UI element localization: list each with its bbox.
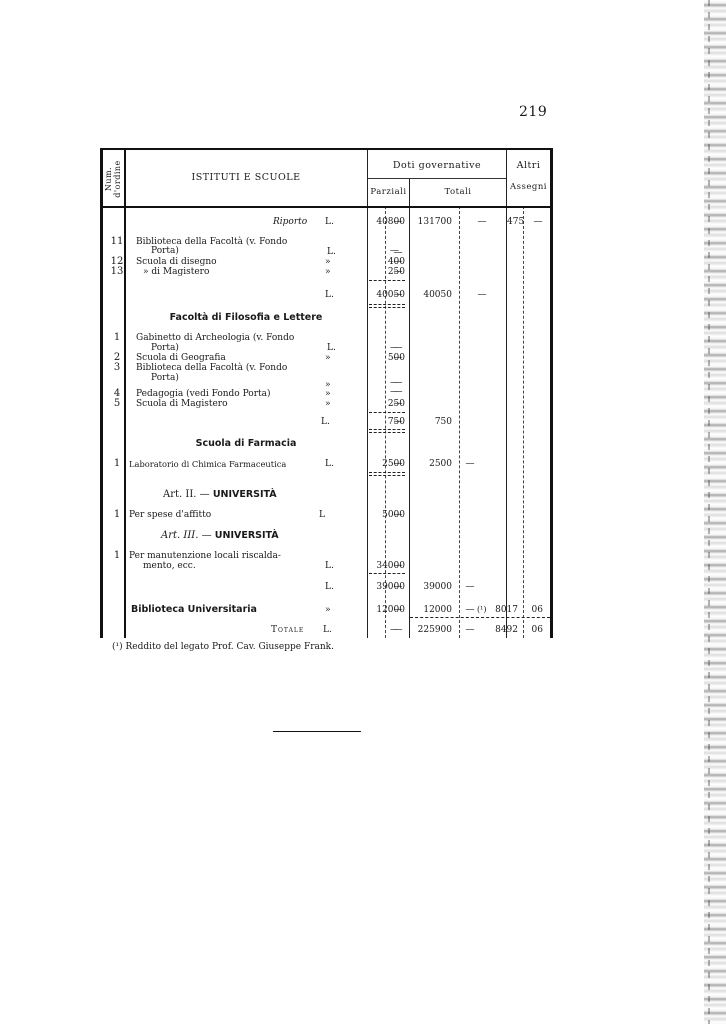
article-title: UNIVERSITÀ bbox=[213, 489, 277, 500]
totale-label: Totale bbox=[271, 625, 304, 635]
sum-rule bbox=[369, 280, 405, 281]
subtotal-unit: L. bbox=[325, 582, 334, 592]
sum-rule bbox=[410, 617, 550, 618]
page-number: 219 bbox=[519, 104, 547, 120]
article-heading: Art. III. — UNIVERSITÀ bbox=[161, 530, 279, 541]
riporto-totali-cents: — bbox=[473, 217, 491, 227]
row-label: Per spese d'affitto bbox=[129, 510, 211, 520]
section-title: Facoltà di Filosofia e Lettere bbox=[125, 312, 367, 323]
row-number: 5 bbox=[109, 398, 125, 409]
header-doti: Doti governative bbox=[368, 160, 506, 171]
row-label: Scuola di Magistero bbox=[136, 399, 228, 409]
sum-rule bbox=[369, 412, 405, 413]
scan-edge-artifact bbox=[704, 0, 726, 1024]
row-unit: L bbox=[319, 510, 325, 520]
col-divider bbox=[409, 178, 410, 638]
subtotal-cents: — bbox=[389, 582, 407, 592]
row-cents: — bbox=[389, 343, 407, 353]
biblioteca-totali: 12000 bbox=[410, 605, 452, 615]
biblioteca-label: Biblioteca Universitaria bbox=[131, 604, 257, 615]
header-istituti: ISTITUTI E SCUOLE bbox=[125, 172, 367, 183]
riporto-cents: — bbox=[389, 217, 407, 227]
row-number: 3 bbox=[109, 362, 125, 373]
end-rule bbox=[273, 731, 361, 732]
row-number: 1 bbox=[109, 509, 125, 520]
row-unit: L. bbox=[325, 459, 334, 469]
row-unit: » bbox=[325, 399, 331, 409]
header-assegni: Assegni bbox=[507, 182, 550, 192]
row-unit: » bbox=[325, 257, 331, 267]
row-number: 11 bbox=[109, 236, 125, 247]
double-rule bbox=[369, 472, 405, 476]
subtotal-unit: L. bbox=[325, 290, 334, 300]
row-cents: — bbox=[389, 561, 407, 571]
riporto-totali: 131700 bbox=[410, 217, 452, 227]
row-cents: — bbox=[389, 459, 407, 469]
totale-assegni-cents: 06 bbox=[525, 625, 543, 635]
row-label: Biblioteca della Facoltà (v. Fondo bbox=[136, 363, 287, 373]
row-totali: 2500 bbox=[410, 459, 452, 469]
row-label: Gabinetto di Archeologia (v. Fondo bbox=[136, 333, 294, 343]
row-label: » di Magistero bbox=[143, 267, 209, 277]
header-altri: Altri bbox=[507, 160, 550, 171]
biblioteca-cents: — bbox=[389, 605, 407, 615]
col-divider bbox=[459, 206, 460, 638]
row-label-cont: mento, ecc. bbox=[143, 561, 196, 571]
subtotal-totali: 750 bbox=[410, 417, 452, 427]
sum-rule bbox=[369, 573, 405, 574]
riporto-unit: L. bbox=[325, 217, 334, 227]
row-number: 13 bbox=[109, 266, 125, 277]
row-cents: — bbox=[389, 399, 407, 409]
row-cents: — bbox=[389, 267, 407, 277]
row-label: Per manutenzione locali riscalda- bbox=[129, 551, 281, 561]
row-cents: — bbox=[389, 510, 407, 520]
header-divider bbox=[368, 178, 506, 179]
subtotal-totali: 40050 bbox=[410, 290, 452, 300]
section-title: Scuola di Farmacia bbox=[125, 438, 367, 449]
header-parziali: Parziali bbox=[368, 187, 409, 197]
row-totali-cents: — bbox=[461, 459, 479, 469]
biblioteca-assegni-cents: 06 bbox=[525, 605, 543, 615]
biblioteca-unit: » bbox=[325, 605, 331, 615]
row-label: Laboratorio di Chimica Farmaceutica bbox=[129, 459, 286, 469]
double-rule bbox=[369, 429, 405, 433]
row-unit: » bbox=[325, 353, 331, 363]
row-unit: » bbox=[325, 267, 331, 277]
subtotal-cents: — bbox=[389, 290, 407, 300]
row-label-cont: Porta) bbox=[151, 343, 179, 353]
row-label-cont: Porta) bbox=[151, 246, 179, 256]
budget-table: Num. d'ordine ISTITUTI E SCUOLE Doti gov… bbox=[100, 148, 553, 638]
row-label-cont: Porta) bbox=[151, 373, 179, 383]
article-prefix: Art. III. — bbox=[161, 530, 212, 541]
riporto-assegni: 475 bbox=[507, 217, 519, 227]
article-prefix: Art. II. — bbox=[163, 489, 210, 500]
article-heading: Art. II. — UNIVERSITÀ bbox=[163, 489, 277, 500]
totale-assegni: 8492 bbox=[491, 625, 518, 635]
col-divider bbox=[367, 150, 368, 638]
col-divider bbox=[523, 206, 524, 638]
row-number: 1 bbox=[109, 332, 125, 343]
row-unit: L. bbox=[325, 561, 334, 571]
header-bottom-rule bbox=[103, 206, 550, 208]
totale-unit: L. bbox=[323, 625, 332, 635]
row-number: 1 bbox=[109, 458, 125, 469]
biblioteca-assegni: 8017 bbox=[491, 605, 518, 615]
subtotal-totali: 39000 bbox=[410, 582, 452, 592]
row-label: Scuola di disegno bbox=[136, 257, 217, 267]
totale-totali-cents: — bbox=[461, 625, 479, 635]
footnote-ref: (¹) bbox=[477, 605, 486, 615]
subtotal-cents: — bbox=[389, 417, 407, 427]
row-cents: — bbox=[389, 353, 407, 363]
double-rule bbox=[369, 304, 405, 308]
footnote: (¹) Reddito del legato Prof. Cav. Giusep… bbox=[112, 642, 334, 652]
subtotal-unit: L. bbox=[321, 417, 330, 427]
subtotal-totali-cents: — bbox=[473, 290, 491, 300]
article-title: UNIVERSITÀ bbox=[215, 530, 279, 541]
riporto-assegni-cents: — bbox=[529, 217, 547, 227]
row-cents: — bbox=[389, 387, 407, 397]
totale-cents: — bbox=[389, 625, 407, 635]
row-unit: L. bbox=[327, 343, 336, 353]
row-label: Pedagogia (vedi Fondo Porta) bbox=[136, 389, 271, 399]
header-totali: Totali bbox=[410, 187, 506, 197]
row-unit: » bbox=[325, 389, 331, 399]
header-ordine: Num. d'ordine bbox=[104, 159, 122, 199]
row-unit: L. bbox=[327, 247, 336, 257]
row-cents: — bbox=[389, 257, 407, 267]
subtotal-totali-cents: — bbox=[461, 582, 479, 592]
row-label: Scuola di Geografia bbox=[136, 353, 226, 363]
riporto-label: Riporto bbox=[273, 217, 307, 227]
row-number: 1 bbox=[109, 550, 125, 561]
totale-totali: 225900 bbox=[410, 625, 452, 635]
